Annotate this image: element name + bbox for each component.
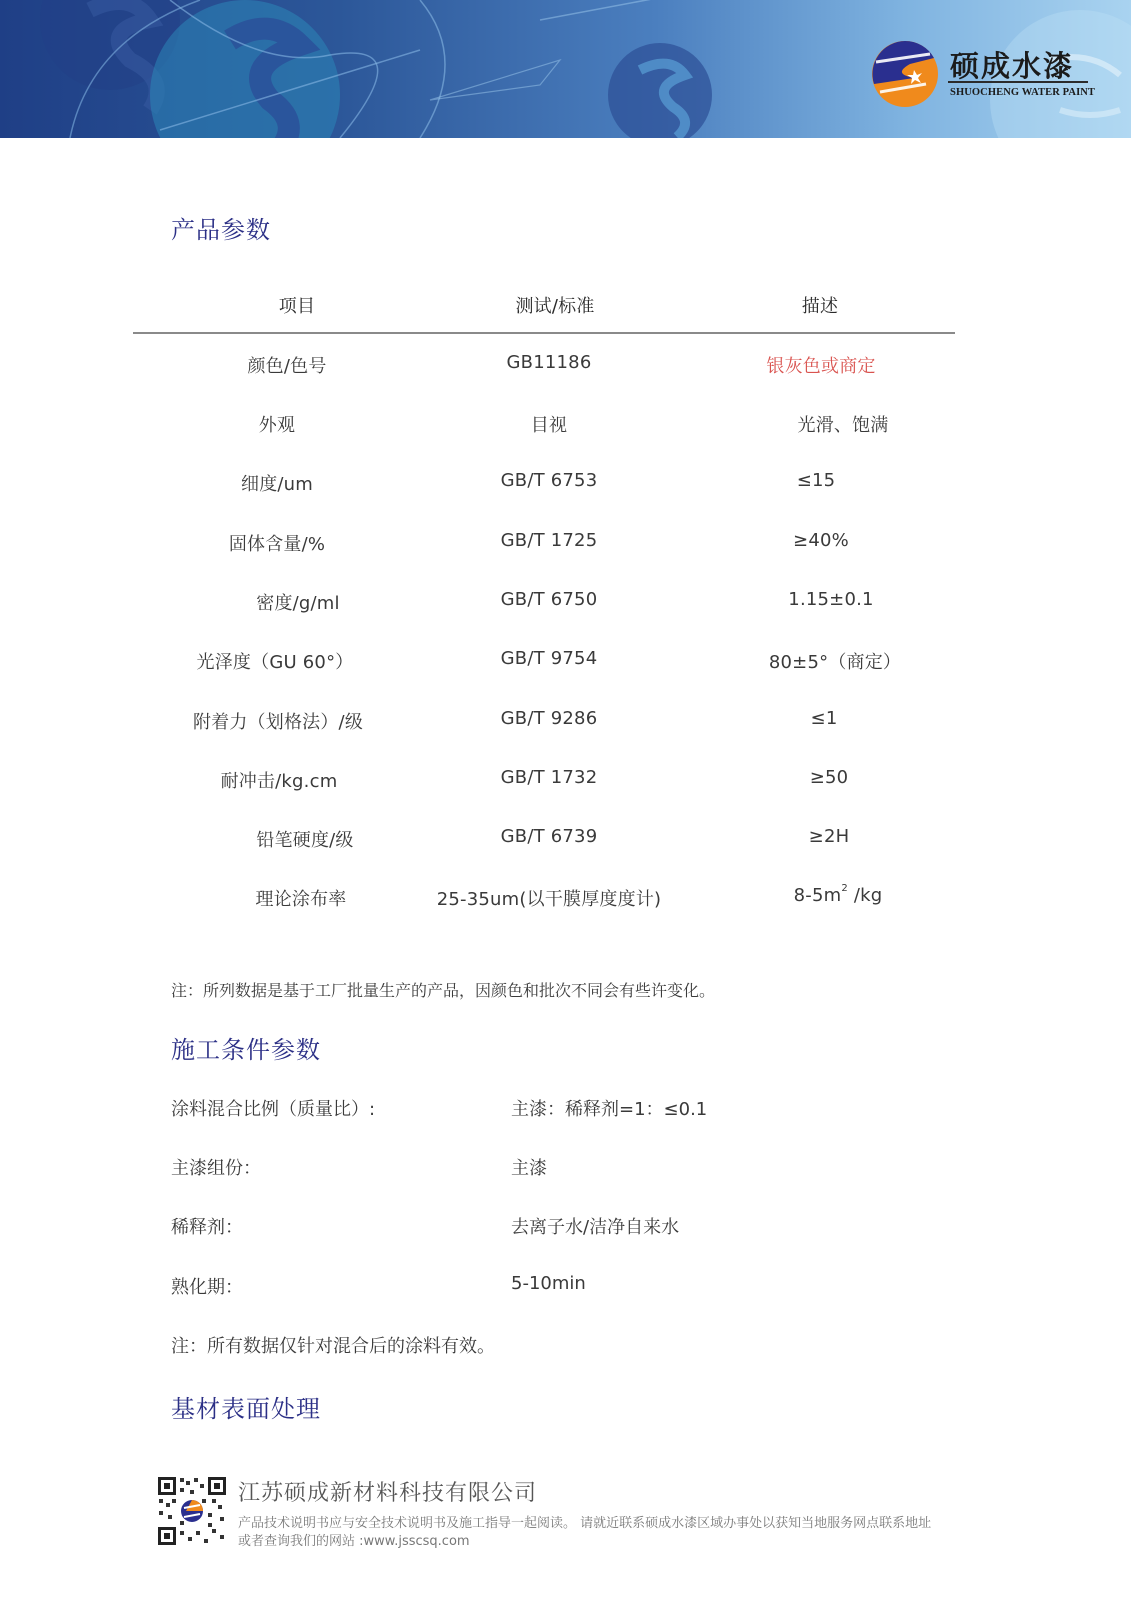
main-component-value: 主漆 xyxy=(511,1154,547,1180)
cell-item: 光泽度（GU 60°） xyxy=(197,648,354,674)
table-row: 光泽度（GU 60°） GB/T 9754 80±5°（商定） xyxy=(0,648,1131,678)
induction-time-value: 5-10min xyxy=(511,1273,586,1294)
cell-standard: GB/T 9286 xyxy=(501,708,598,729)
cell-standard: GB/T 6750 xyxy=(501,589,598,610)
table-row: 密度/g/ml GB/T 6750 1.15±0.1 xyxy=(0,589,1131,619)
table-row: 外观 目视 光滑、饱满 xyxy=(0,411,1131,441)
column-header-description: 描述 xyxy=(802,292,838,318)
cell-description: ≥40% xyxy=(793,530,849,551)
cell-item: 密度/g/ml xyxy=(256,589,340,615)
table-row: 颜色/色号 GB11186 银灰色或商定 xyxy=(0,352,1131,382)
section-title-substrate: 基材表面处理 xyxy=(171,1389,321,1424)
footer-disclaimer: 产品技术说明书应与安全技术说明书及施工指导一起阅读。 请就近联系硕成水漆区域办事… xyxy=(238,1512,931,1531)
qr-code-icon[interactable] xyxy=(156,1475,228,1547)
table-row: 细度/um GB/T 6753 ≤15 xyxy=(0,470,1131,500)
column-header-item: 项目 xyxy=(279,292,315,318)
header-banner: 硕成水漆 SHUOCHENG WATER PAINT xyxy=(0,0,1131,138)
product-params-note: 注：所列数据是基于工厂批量生产的产品，因颜色和批次不同会有些许变化。 xyxy=(171,978,715,1001)
column-header-standard: 测试/标准 xyxy=(515,292,594,318)
thinner-value: 去离子水/洁净自来水 xyxy=(511,1213,679,1239)
logo-chinese-name: 硕成水漆 xyxy=(950,44,1074,85)
cell-standard: GB/T 6753 xyxy=(501,470,598,491)
cell-description: ≤1 xyxy=(811,708,838,729)
construction-params-note: 注：所有数据仅针对混合后的涂料有效。 xyxy=(171,1332,495,1358)
footer-company-name: 江苏硕成新材料科技有限公司 xyxy=(238,1476,537,1507)
cell-item: 理论涂布率 xyxy=(256,885,347,911)
cell-item: 铅笔硬度/级 xyxy=(256,826,353,852)
section-title-product-params: 产品参数 xyxy=(171,210,271,245)
cell-item: 细度/um xyxy=(241,470,313,496)
thinner-label: 稀释剂： xyxy=(171,1213,243,1239)
superscript-2: 2 xyxy=(841,883,848,894)
cell-standard: GB/T 6739 xyxy=(501,826,598,847)
induction-time-label: 熟化期： xyxy=(171,1273,243,1299)
brand-logo: 硕成水漆 SHUOCHENG WATER PAINT xyxy=(870,38,1100,110)
cell-item: 固体含量/% xyxy=(229,530,325,556)
logo-divider xyxy=(948,81,1088,83)
cell-description: 80±5°（商定） xyxy=(769,648,901,674)
cell-description: 8-5m2 /kg xyxy=(794,885,883,906)
cell-description: 银灰色或商定 xyxy=(766,352,875,378)
cell-item: 附着力（划格法）/级 xyxy=(193,708,363,734)
table-row: 理论涂布率 25-35um(以干膜厚度度计) 8-5m2 /kg xyxy=(0,885,1131,915)
section-title-construction-params: 施工条件参数 xyxy=(171,1030,321,1065)
footer-website[interactable]: 或者查询我们的网站 :www.jsscsq.com xyxy=(238,1530,470,1549)
logo-english-name: SHUOCHENG WATER PAINT xyxy=(950,87,1095,98)
cell-description: ≥2H xyxy=(809,826,850,847)
cell-item: 颜色/色号 xyxy=(247,352,326,378)
mix-ratio-value: 主漆：稀释剂=1：≤0.1 xyxy=(511,1095,707,1121)
table-row: 附着力（划格法）/级 GB/T 9286 ≤1 xyxy=(0,708,1131,738)
cell-standard: GB11186 xyxy=(507,352,592,373)
cell-item: 耐冲击/kg.cm xyxy=(221,767,338,793)
coverage-value: 8-5m xyxy=(794,885,842,906)
coverage-unit: /kg xyxy=(848,885,882,906)
table-row: 固体含量/% GB/T 1725 ≥40% xyxy=(0,530,1131,560)
cell-standard: 25-35um(以干膜厚度度计) xyxy=(437,885,662,911)
table-header-divider xyxy=(133,332,955,334)
mix-ratio-label: 涂料混合比例（质量比）: xyxy=(171,1095,375,1121)
cell-description: 光滑、饱满 xyxy=(798,411,889,437)
logo-mark-icon xyxy=(870,40,940,108)
table-row: 铅笔硬度/级 GB/T 6739 ≥2H xyxy=(0,826,1131,856)
cell-standard: GB/T 9754 xyxy=(501,648,598,669)
cell-item: 外观 xyxy=(259,411,295,437)
table-header: 项目 测试/标准 描述 xyxy=(0,292,1131,318)
cell-description: ≥50 xyxy=(810,767,849,788)
cell-standard: GB/T 1732 xyxy=(501,767,598,788)
table-row: 耐冲击/kg.cm GB/T 1732 ≥50 xyxy=(0,767,1131,797)
cell-standard: GB/T 1725 xyxy=(501,530,598,551)
cell-description: ≤15 xyxy=(797,470,836,491)
main-component-label: 主漆组份： xyxy=(171,1154,261,1180)
cell-description: 1.15±0.1 xyxy=(788,589,873,610)
cell-standard: 目视 xyxy=(531,411,567,437)
